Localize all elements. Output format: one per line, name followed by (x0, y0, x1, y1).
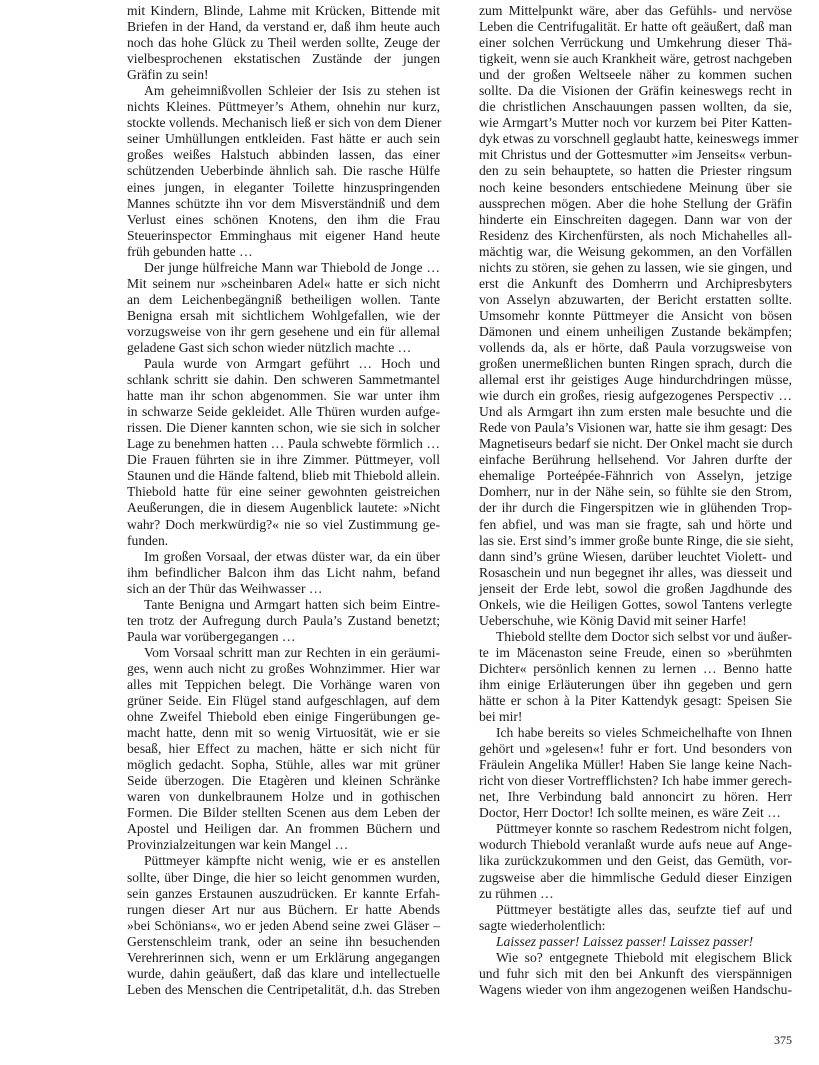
text-line: ohne Zweifel Thiebold eben einige Finger… (110, 709, 440, 725)
paragraph: Am geheimnißvollen Schleier der Isis zu … (110, 83, 440, 260)
text-line: eines jungen, in eleganter Toilette hinz… (110, 180, 440, 196)
text-line: dann sind’s grüne Wiesen, darüber leucht… (462, 549, 792, 565)
text-line: Residenz des Kirchenfürsten, als noch Mi… (462, 228, 792, 244)
text-line: mit Christus und der Gottesmutter »im Je… (462, 147, 792, 163)
paragraph: Püttmeyer konnte so raschem Redestrom ni… (462, 821, 792, 901)
text-column-right: zum Mittelpunkt wäre, aber das Gefühls- … (462, 3, 792, 998)
paragraph: Ich habe bereits so vieles Schmeichelhaf… (462, 725, 792, 821)
text-line: Fräulein Angelika Müller! Haben Sie lang… (462, 757, 792, 773)
text-line: gehört und »gelesen«! fuhr er fort. Und … (462, 741, 792, 757)
text-line: wurde, dahin geäußert, daß das klare und… (110, 966, 440, 982)
text-line: Püttmeyer konnte so raschem Redestrom ni… (462, 821, 792, 837)
text-line: nichts Kleines. Püttmeyer’s Athem, ohneh… (110, 99, 440, 115)
text-line: grüner Seide. Ein Flügel stand aufgeschl… (110, 693, 440, 709)
text-line: rungen dieser Art nur aus Büchern. Er ha… (110, 902, 440, 918)
text-line: Gräfin zu sein! (110, 67, 440, 83)
text-line: schützenden Ueberbinde ähnlich sah. Die … (110, 163, 440, 179)
text-line: Provinzialzeitungen war kein Mangel … (110, 837, 440, 853)
text-line: Wie so? entgegnete Thiebold mit elegisch… (462, 950, 792, 966)
text-line: vielbesprochenen ekstatischen Zustände d… (110, 51, 440, 67)
text-line: hätte er schon à la Piter Kattendyk gesa… (462, 693, 792, 709)
text-line: »bei Schönians«, wo er jeden Abend seine… (110, 918, 440, 934)
text-line: Magnetiseurs bedarf sie nicht. Der Onkel… (462, 436, 792, 452)
text-line: besaß, hier Effect zu machen, hätte er s… (110, 741, 440, 757)
text-line: stockte vollends. Mechanisch ließ er sic… (110, 115, 440, 131)
text-line: mächtig war, die Weisung gekommen, an de… (462, 244, 792, 260)
text-line: vorzugsweise von ihr gern gesehene und e… (110, 324, 440, 340)
text-line: Thiebold stellte dem Doctor sich selbst … (462, 629, 792, 645)
text-line: rissen. Die Diener kannten schon, wie si… (110, 420, 440, 436)
text-line: möglich gedacht. Sopha, Stühle, alles wa… (110, 757, 440, 773)
text-line: ihm befindlicher Balcon ihm das Licht na… (110, 565, 440, 581)
text-line: dyk etwas zu vorschnell geglaubt hatte, … (462, 131, 792, 147)
text-line: sagte wiederholentlich: (462, 918, 792, 934)
text-line: ihm einige Erläuterungen über ihn gegebe… (462, 677, 792, 693)
paragraph: Paula wurde von Armgart geführt … Hoch u… (110, 356, 440, 549)
text-line: Mit seinem nur »scheinbaren Adel« hatte … (110, 276, 440, 292)
paragraph: Laissez passer! Laissez passer! Laissez … (462, 934, 792, 950)
text-line: Leben die Centrifugalität. Er hatte oft … (462, 19, 792, 35)
text-line: Steuerinspector Emminghaus mit eigener H… (110, 228, 440, 244)
text-line: einfache Berührung hellsehend. Vor Jahre… (462, 452, 792, 468)
text-line: macht hatte, denn mit so wenig Virtuosit… (110, 725, 440, 741)
text-line: großen unermeßlichen bunten Ringen sprac… (462, 356, 792, 372)
text-line: großes weißes Halstuch abbinden lassen, … (110, 147, 440, 163)
text-line: Der junge hülfreiche Mann war Thiebold d… (110, 260, 440, 276)
text-line: Leben des Menschen die Centripetalität, … (110, 982, 440, 998)
text-line: der ihr durch die Fingerspitzen wie in g… (462, 500, 792, 516)
paragraph: Püttmeyer kämpfte nicht wenig, wie er es… (110, 853, 440, 997)
paragraph: Püttmeyer bestätigte alles das, seufzte … (462, 902, 792, 934)
text-line: hinderte ein Einschreiten dagegen. Dann … (462, 212, 792, 228)
text-column-left: mit Kindern, Blinde, Lahme mit Krücken, … (110, 3, 440, 998)
paragraph: Vom Vorsaal schritt man zur Rechten in e… (110, 645, 440, 854)
text-line: Laissez passer! Laissez passer! Laissez … (462, 934, 792, 950)
text-line: seiner Umhüllungen entkleiden. Fast hätt… (110, 131, 440, 147)
text-line: wodurch Thiebold veranlaßt wurde aufs ne… (462, 837, 792, 853)
text-line: Vom Vorsaal schritt man zur Rechten in e… (110, 645, 440, 661)
text-line: sollte, über Dinge, die hier so leicht g… (110, 870, 440, 886)
text-line: net, Ihre Verbindung bald annoncirt zu h… (462, 789, 792, 805)
text-line: Mannes schützte ihn vor dem Misverständn… (110, 196, 440, 212)
text-line: ges, wenn auch nicht zu großes Wohnzimme… (110, 661, 440, 677)
page-number: 375 (760, 1033, 792, 1048)
text-line: Lage zu benehmen hatten … Paula schwebte… (110, 436, 440, 452)
text-line: Paula war vorübergegangen … (110, 629, 440, 645)
text-line: ten trotz der Aufregung durch Paula’s Zu… (110, 613, 440, 629)
text-line: Aeußerungen, die in diesem Augenblick la… (110, 500, 440, 516)
text-line: Dichter« persönlich kennen zu lernen … B… (462, 661, 792, 677)
text-line: Ueberschuhe, wie König David mit seiner … (462, 613, 792, 629)
text-line: alles mit Teppichen belegt. Die Vorhänge… (110, 677, 440, 693)
text-line: zu rühmen … (462, 886, 792, 902)
text-line: an dem Leichenbegängniß betheiligen woll… (110, 292, 440, 308)
text-line: Umsomehr konnte Püttmeyer die Ansicht vo… (462, 308, 792, 324)
text-line: die christlichen Anschauungen passen wol… (462, 99, 792, 115)
text-line: ehemalige Porteépée-Fähnrich von Asselyn… (462, 468, 792, 484)
text-line: Püttmeyer bestätigte alles das, seufzte … (462, 902, 792, 918)
text-line: richt von dieser Vortrefflichsten? Ich h… (462, 773, 792, 789)
text-line: bei mir! (462, 709, 792, 725)
text-line: Thiebold hatte für eine seiner gewohnten… (110, 484, 440, 500)
paragraph: Tante Benigna und Armgart hatten sich be… (110, 597, 440, 645)
text-line: den zu sein behauptete, so hatten die Pr… (462, 163, 792, 179)
text-line: Und als Armgart ihn zum ersten male besu… (462, 404, 792, 420)
paragraph: Thiebold stellte dem Doctor sich selbst … (462, 629, 792, 725)
text-line: Die Frauen führten sie in ihre Zimmer. P… (110, 452, 440, 468)
text-line: vollends da, als er hörte, daß Paula vor… (462, 340, 792, 356)
text-line: Benigna ersah mit sichtlichem Wohlgefall… (110, 308, 440, 324)
text-line: Rosaschein und nun begegnet ihr alles, w… (462, 565, 792, 581)
text-line: Apostel und Heiligen dar. An frommen Büc… (110, 821, 440, 837)
text-line: früh gebunden hatte … (110, 244, 440, 260)
text-line: zum Mittelpunkt wäre, aber das Gefühls- … (462, 3, 792, 19)
text-line: Formen. Die Bilder stellten Scenen aus d… (110, 805, 440, 821)
text-line: sollte. Da die Visionen der Gräfin keine… (462, 83, 792, 99)
text-line: Domherr, nur in der Nähe sein, so fühlte… (462, 484, 792, 500)
text-line: las sie. Erst sind’s immer große bunte R… (462, 533, 792, 549)
text-line: noch keine besonders entschiedene Meinun… (462, 180, 792, 196)
text-line: sich an der Thür das Weihwasser … (110, 581, 440, 597)
text-line: Dämonen und einem unheiligen Zustande be… (462, 324, 792, 340)
text-line: waren von dunkelbraunem Holze und in got… (110, 789, 440, 805)
text-line: jenseit der Erde lebt, sowol die großen … (462, 581, 792, 597)
text-line: fen abfiel, und was man sie fragte, sah … (462, 517, 792, 533)
text-line: Doctor, Herr Doctor! Ich sollte meinen, … (462, 805, 792, 821)
text-line: Rede von Paula’s Visionen war, hatte sie… (462, 420, 792, 436)
text-line: tigkeit, wenn sie auch Krankheit wäre, g… (462, 51, 792, 67)
text-line: noch das hohe Glück zu Theil werden soll… (110, 35, 440, 51)
text-line: schlank schritt sie dahin. Den schweren … (110, 372, 440, 388)
paragraph: Der junge hülfreiche Mann war Thiebold d… (110, 260, 440, 356)
text-line: te im Mäcenaston seine Freude, einen so … (462, 645, 792, 661)
text-line: funden. (110, 533, 440, 549)
text-line: Verehrerinnen sich, wenn er um Erklärung… (110, 950, 440, 966)
text-line: zugsweise aber die himmlische Geduld die… (462, 870, 792, 886)
text-line: von Asselyn abzuwarten, der Bericht erst… (462, 292, 792, 308)
text-line: wie Armgart’s Mutter noch vor kurzem bei… (462, 115, 792, 131)
text-line: wahr? Doch merkwürdig?« nie so viel Zust… (110, 517, 440, 533)
text-line: Seide überzogen. Die Etagèren und kleine… (110, 773, 440, 789)
text-line: sein ganzes Erstaunen auszudrücken. Er k… (110, 886, 440, 902)
text-line: geladene Gast sich schon wieder nützlich… (110, 340, 440, 356)
text-line: Püttmeyer kämpfte nicht wenig, wie er es… (110, 853, 440, 869)
paragraph: Im großen Vorsaal, der etwas düster war,… (110, 549, 440, 597)
text-line: nichts zu stören, sie gehen zu lassen, w… (462, 260, 792, 276)
text-line: lika zurückzukommen und den Geist, das G… (462, 853, 792, 869)
text-line: einer solchen Verrückung und Umkehrung d… (462, 35, 792, 51)
text-line: Onkels, wie die Heiligen Gottes, sowol T… (462, 597, 792, 613)
text-line: Ich habe bereits so vieles Schmeichelhaf… (462, 725, 792, 741)
paragraph: zum Mittelpunkt wäre, aber das Gefühls- … (462, 3, 792, 629)
text-line: Im großen Vorsaal, der etwas düster war,… (110, 549, 440, 565)
text-line: Wagens wieder von ihm angezogenen weißen… (462, 982, 792, 998)
text-line: hatte man ihr schon abgenommen. Sie war … (110, 388, 440, 404)
text-line: Am geheimnißvollen Schleier der Isis zu … (110, 83, 440, 99)
text-line: Paula wurde von Armgart geführt … Hoch u… (110, 356, 440, 372)
text-line: Staunen und die Hände faltend, blieb mit… (110, 468, 440, 484)
text-line: Verlust eines schönen Knotens, den ihm d… (110, 212, 440, 228)
paragraph: Wie so? entgegnete Thiebold mit elegisch… (462, 950, 792, 998)
text-line: und fuhr sich mit den bei Ankunft des vi… (462, 966, 792, 982)
text-line: und der großen Weltseele näher zu kommen… (462, 67, 792, 83)
text-line: erst die Ankunft des Domherrn und Archip… (462, 276, 792, 292)
text-line: in schwarze Seide gekleidet. Alle Thüren… (110, 404, 440, 420)
text-line: Briefen in der Hand, da verstand er, daß… (110, 19, 440, 35)
text-line: mit Kindern, Blinde, Lahme mit Krücken, … (110, 3, 440, 19)
text-line: aussprechen mögen. Aber die hohe Stellun… (462, 196, 792, 212)
text-line: wie durch ein großes, riesig aufgezogene… (462, 388, 792, 404)
text-line: Tante Benigna und Armgart hatten sich be… (110, 597, 440, 613)
paragraph: mit Kindern, Blinde, Lahme mit Krücken, … (110, 3, 440, 83)
text-line: allemal erst ihr geistiges Auge hindurch… (462, 372, 792, 388)
text-line: Gerstenschleim trank, oder an seine ihn … (110, 934, 440, 950)
